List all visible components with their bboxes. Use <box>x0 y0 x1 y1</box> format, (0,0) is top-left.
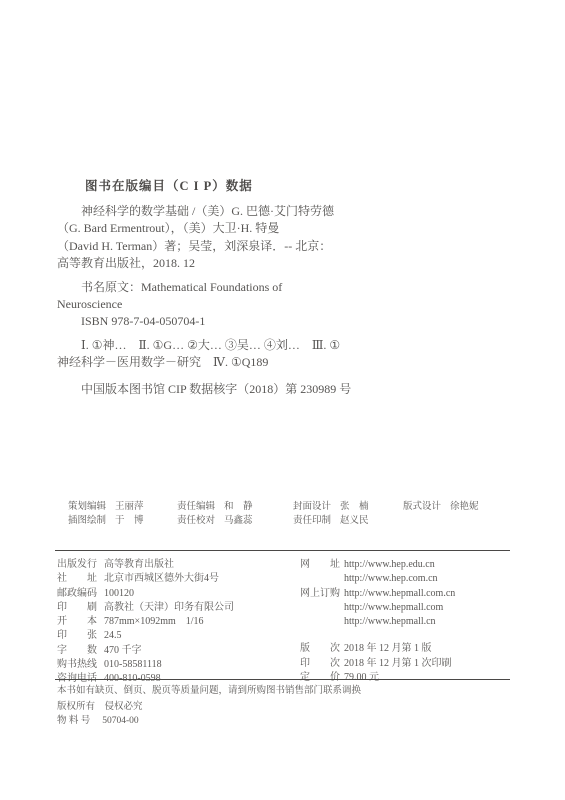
credit-name: 于 博 <box>115 514 144 528</box>
pub-label: 购书热线 <box>57 658 104 672</box>
pub-website-row: 网 址http://www.hep.edu.cn <box>300 558 530 572</box>
credit-layout-design: 版式设计徐艳妮 <box>403 500 479 514</box>
credits-column-4: 版式设计徐艳妮 <box>403 500 479 514</box>
pub-label: 印 刷 <box>57 601 104 615</box>
publication-info-right: 网 址http://www.hep.edu.cn http://www.hep.… <box>300 558 530 685</box>
original-title-line-2: Neuroscience <box>57 296 457 313</box>
pub-online-order-row-3: http://www.hepmall.cn <box>300 615 530 629</box>
pub-online-order-row-2: http://www.hepmall.com <box>300 601 530 615</box>
pub-label <box>300 601 344 615</box>
pub-label <box>300 572 344 586</box>
credit-name: 马鑫蕊 <box>224 514 253 528</box>
pub-value: 24.5 <box>104 629 122 643</box>
pub-label: 邮政编码 <box>57 587 104 601</box>
pub-hotline-row: 购书热线010-58581118 <box>57 658 302 672</box>
publication-info-left: 出版发行高等教育出版社 社 址北京市西城区德外大街4号 邮政编码100120 印… <box>57 558 302 687</box>
credit-proofreader: 责任校对马鑫蕊 <box>177 514 253 528</box>
pub-website-row-2: http://www.hep.com.cn <box>300 572 530 586</box>
pub-format-row: 开 本787mm×1092mm 1/16 <box>57 615 302 629</box>
credit-label: 责任印制 <box>293 514 331 528</box>
credit-print-supervisor: 责任印制赵义民 <box>293 514 369 528</box>
pub-impression-row: 印 次2018 年 12 月第 1 次印刷 <box>300 657 530 671</box>
pub-label: 网 址 <box>300 558 344 572</box>
credit-label: 插图绘制 <box>68 514 106 528</box>
pub-url: http://www.hepmall.com.cn <box>344 587 455 601</box>
pub-wordcount-row: 字 数470 千字 <box>57 644 302 658</box>
credits-column-2: 责任编辑和 静 责任校对马鑫蕊 <box>177 500 253 528</box>
credit-cover-design: 封面设计张 楠 <box>293 500 369 514</box>
original-title-line-1: 书名原文：Mathematical Foundations of <box>57 279 457 296</box>
credit-label: 责任校对 <box>177 514 215 528</box>
pub-label: 网上订购 <box>300 587 344 601</box>
pub-edition-row: 版 次2018 年 12 月第 1 版 <box>300 642 530 656</box>
pub-sheets-row: 印 张24.5 <box>57 629 302 643</box>
pub-postcode-row: 邮政编码100120 <box>57 587 302 601</box>
credit-label: 封面设计 <box>293 500 331 514</box>
cip-header: 图书在版编目（C I P）数据 <box>85 176 253 194</box>
pub-publisher-row: 出版发行高等教育出版社 <box>57 558 302 572</box>
pub-label: 社 址 <box>57 572 104 586</box>
credit-name: 赵义民 <box>340 514 369 528</box>
credits-column-1: 策划编辑王丽萍 插图绘制于 博 <box>68 500 144 528</box>
credit-label: 策划编辑 <box>68 500 106 514</box>
pub-value: 2018 年 12 月第 1 版 <box>344 642 432 656</box>
cip-author-line: （G. Bard Ermentrout），（美）大卫·H. 特曼 <box>57 220 457 237</box>
pub-label <box>300 615 344 629</box>
pub-value: 2018 年 12 月第 1 次印刷 <box>344 657 452 671</box>
credit-name: 王丽萍 <box>115 500 144 514</box>
copyright-notice: 版权所有 侵权必究 <box>57 698 143 712</box>
credit-illustration: 插图绘制于 博 <box>68 514 144 528</box>
pub-label: 出版发行 <box>57 558 104 572</box>
credit-name: 张 楠 <box>340 500 369 514</box>
pub-label: 印 次 <box>300 657 344 671</box>
cip-title-line: 神经科学的数学基础 /（美）G. 巴德·艾门特劳德 <box>57 203 457 220</box>
cip-record-line: 中国版本图书馆 CIP 数据核字（2018）第 230989 号 <box>57 381 457 398</box>
pub-value: 高等教育出版社 <box>104 558 174 572</box>
pub-url: http://www.hep.com.cn <box>344 572 438 586</box>
cip-publisher-line: 高等教育出版社，2018. 12 <box>57 255 457 272</box>
material-number: 物 料 号50704-00 <box>57 712 139 726</box>
credit-label: 责任编辑 <box>177 500 215 514</box>
pub-address-row: 社 址北京市西城区德外大街4号 <box>57 572 302 586</box>
credits-column-3: 封面设计张 楠 责任印制赵义民 <box>293 500 369 528</box>
material-number-value: 50704-00 <box>102 716 138 726</box>
credit-name: 徐艳妮 <box>450 500 479 514</box>
credit-label: 版式设计 <box>403 500 441 514</box>
cip-translator-line: （David H. Terman）著；吴莹，刘深泉译．-- 北京： <box>57 238 457 255</box>
pub-label: 版 次 <box>300 642 344 656</box>
pub-value: 高教社（天津）印务有限公司 <box>104 601 234 615</box>
classification-line-1: Ⅰ. ①神… Ⅱ. ①G… ②大… ③吴… ④刘… Ⅲ. ① <box>57 337 457 354</box>
staff-credits: 策划编辑王丽萍 插图绘制于 博 责任编辑和 静 责任校对马鑫蕊 封面设计张 楠 … <box>0 500 565 534</box>
credit-planning-editor: 策划编辑王丽萍 <box>68 500 144 514</box>
divider-line-bottom <box>55 679 510 680</box>
pub-label: 字 数 <box>57 644 104 658</box>
pub-label: 印 张 <box>57 629 104 643</box>
pub-label: 开 本 <box>57 615 104 629</box>
classification-line-2: 神经科学－医用数学－研究 Ⅳ. ①Q189 <box>57 354 457 371</box>
isbn-line: ISBN 978-7-04-050704-1 <box>57 313 457 330</box>
pub-value: 北京市西城区德外大街4号 <box>104 572 219 586</box>
credit-name: 和 静 <box>224 500 253 514</box>
book-copyright-page: { "cip": { "header": "图书在版编目（C I P）数据", … <box>0 0 565 800</box>
credit-responsible-editor: 责任编辑和 静 <box>177 500 253 514</box>
pub-url: http://www.hepmall.com <box>344 601 443 615</box>
pub-online-order-row: 网上订购http://www.hepmall.com.cn <box>300 587 530 601</box>
pub-url: http://www.hep.edu.cn <box>344 558 435 572</box>
pub-value: 100120 <box>104 587 134 601</box>
pub-printer-row: 印 刷高教社（天津）印务有限公司 <box>57 601 302 615</box>
pub-value: 470 千字 <box>104 644 142 658</box>
cip-body: 神经科学的数学基础 /（美）G. 巴德·艾门特劳德 （G. Bard Ermen… <box>57 203 457 398</box>
pub-value: 010-58581118 <box>104 658 162 672</box>
quality-notice: 本书如有缺页、倒页、脱页等质量问题，请到所购图书销售部门联系调换 <box>57 684 361 698</box>
pub-url: http://www.hepmall.cn <box>344 615 436 629</box>
material-number-label: 物 料 号 <box>57 716 90 726</box>
pub-value: 787mm×1092mm 1/16 <box>104 615 204 629</box>
divider-line-top <box>55 550 510 551</box>
